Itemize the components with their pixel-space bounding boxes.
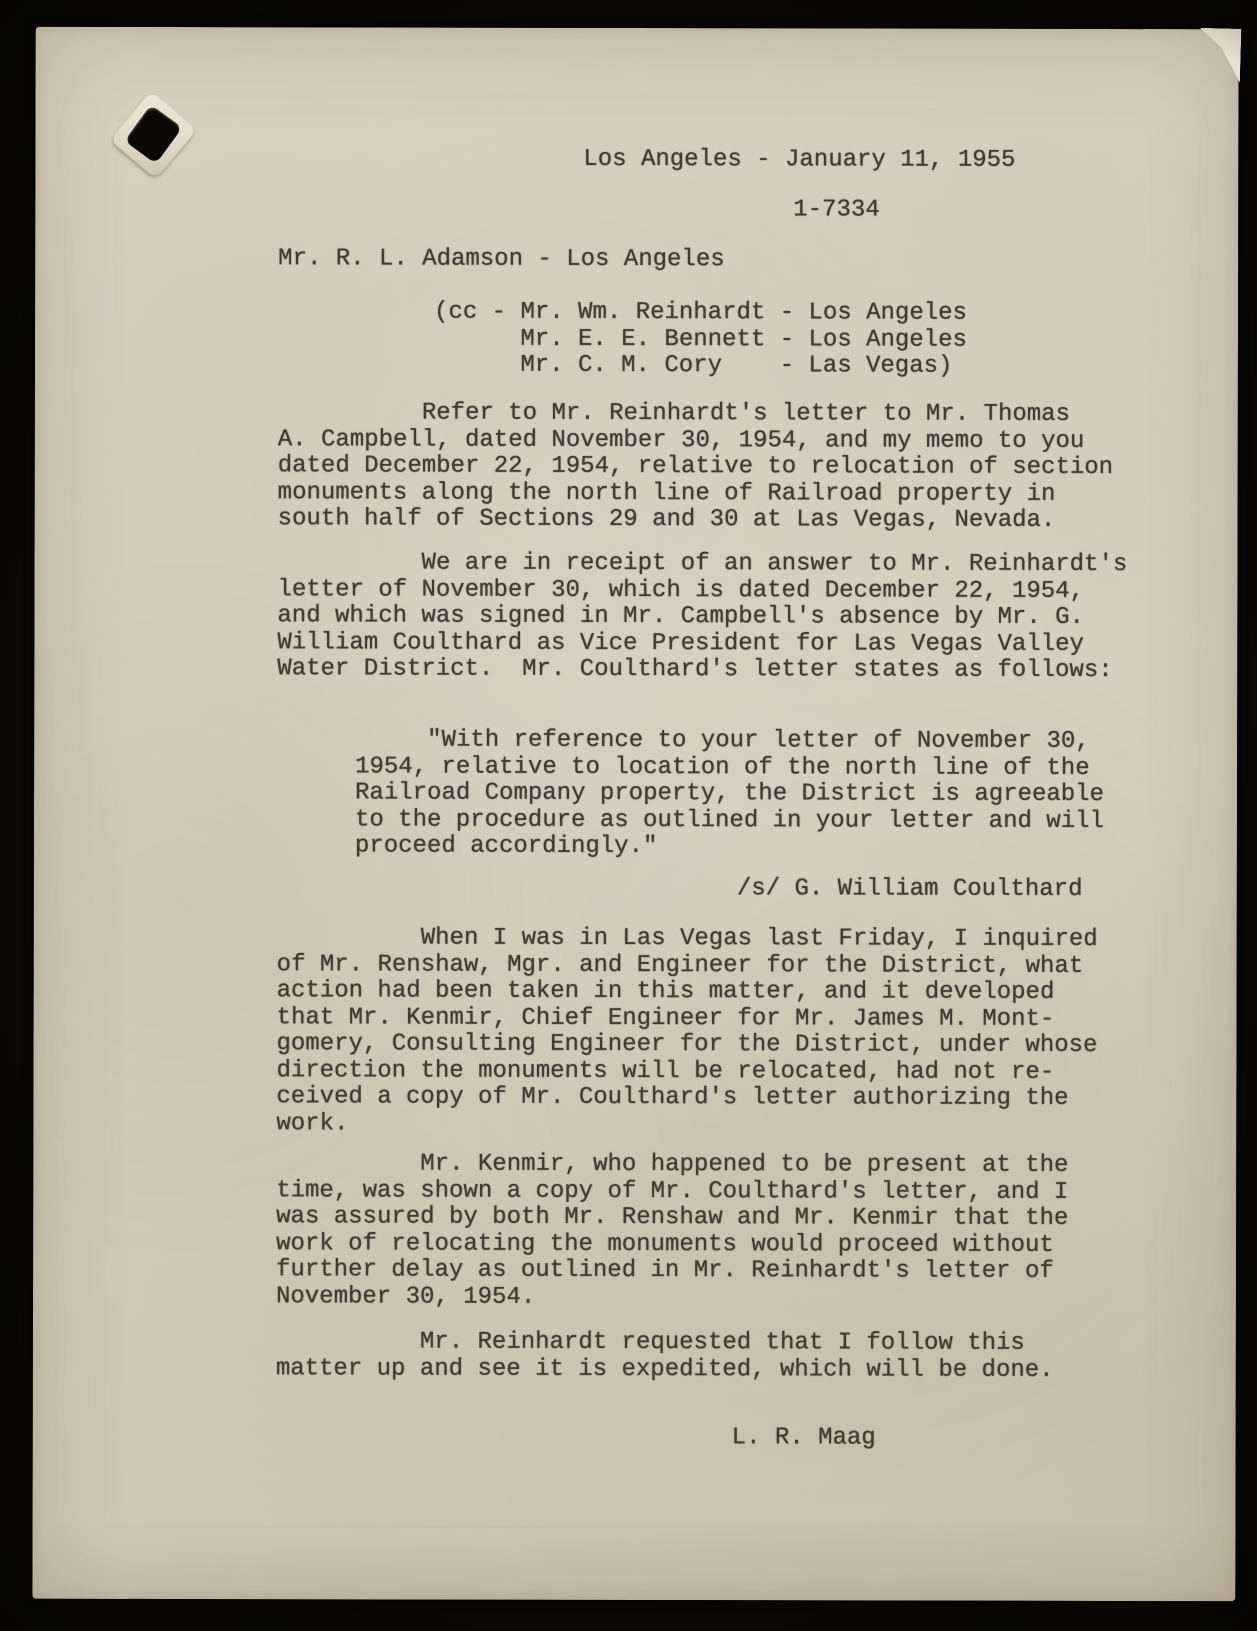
letter-paper: Los Angeles - January 11, 1955 1-7334 Mr… bbox=[32, 27, 1238, 1602]
paragraph-5: Mr. Reinhardt requested that I follow th… bbox=[276, 1329, 1054, 1384]
paragraph-4: Mr. Kenmir, who happened to be present a… bbox=[276, 1151, 1068, 1312]
quoted-letter-excerpt: "With reference to your letter of Novemb… bbox=[355, 727, 1104, 861]
quote-signature-line: /s/ G. William Coulthard bbox=[737, 876, 1083, 903]
punch-hole-torn-edge bbox=[110, 91, 197, 179]
paper-corner-fold bbox=[1194, 28, 1242, 89]
recipient-line: Mr. R. L. Adamson - Los Angeles bbox=[278, 246, 725, 273]
punch-hole bbox=[124, 105, 182, 164]
paragraph-1: Refer to Mr. Reinhardt's letter to Mr. T… bbox=[278, 400, 1114, 534]
paragraph-2: We are in receipt of an answer to Mr. Re… bbox=[277, 550, 1127, 684]
signature-name: L. R. Maag bbox=[732, 1425, 876, 1452]
paragraph-3: When I was in Las Vegas last Friday, I i… bbox=[276, 925, 1097, 1139]
file-number: 1-7334 bbox=[793, 197, 879, 224]
scanned-letter-screenshot: { "scan": { "background_color": "#0a0907… bbox=[0, 0, 1257, 1631]
dateline: Los Angeles - January 11, 1955 bbox=[583, 147, 1015, 174]
cc-list: (cc - Mr. Wm. Reinhardt - Los Angeles Mr… bbox=[434, 300, 967, 381]
